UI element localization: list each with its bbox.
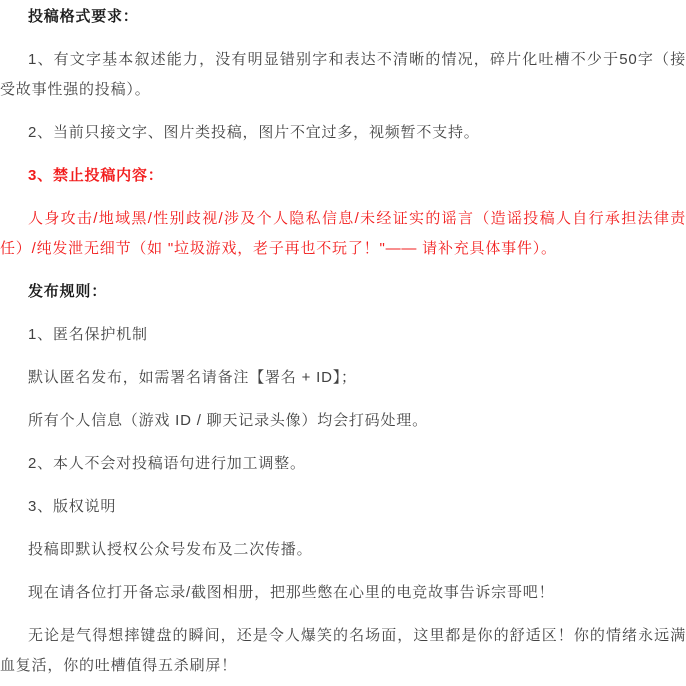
section-title-forbidden-content: 3、禁止投稿内容： (0, 161, 686, 191)
publish-rule-privacy-masking: 所有个人信息（游戏 ID / 聊天记录头像）均会打码处理。 (0, 406, 686, 436)
format-rule-2: 2、当前只接文字、图片类投稿，图片不宜过多，视频暂不支持。 (0, 118, 686, 148)
publish-rule-1-title: 1、匿名保护机制 (0, 320, 686, 350)
call-to-action: 现在请各位打开备忘录/截图相册，把那些憋在心里的电竞故事告诉宗哥吧！ (0, 578, 686, 608)
section-title-format-requirements: 投稿格式要求： (0, 2, 686, 32)
copyright-statement: 投稿即默认授权公众号发布及二次传播。 (0, 535, 686, 565)
section-title-publish-rules: 发布规则： (0, 277, 686, 307)
publish-rule-2: 2、本人不会对投稿语句进行加工调整。 (0, 449, 686, 479)
format-rule-1: 1、有文字基本叙述能力，没有明显错别字和表达不清晰的情况，碎片化吐槽不少于50字… (0, 45, 686, 105)
publish-rule-anonymous-default: 默认匿名发布，如需署名请备注【署名 + ID】； (0, 363, 686, 393)
article-body: 投稿格式要求： 1、有文字基本叙述能力，没有明显错别字和表达不清晰的情况，碎片化… (0, 0, 686, 681)
forbidden-content-list: 人身攻击/地域黑/性别歧视/涉及个人隐私信息/未经证实的谣言（造谣投稿人自行承担… (0, 204, 686, 264)
publish-rule-3-title: 3、版权说明 (0, 492, 686, 522)
closing-remark: 无论是气得想摔键盘的瞬间，还是令人爆笑的名场面，这里都是你的舒适区！你的情绪永远… (0, 621, 686, 681)
